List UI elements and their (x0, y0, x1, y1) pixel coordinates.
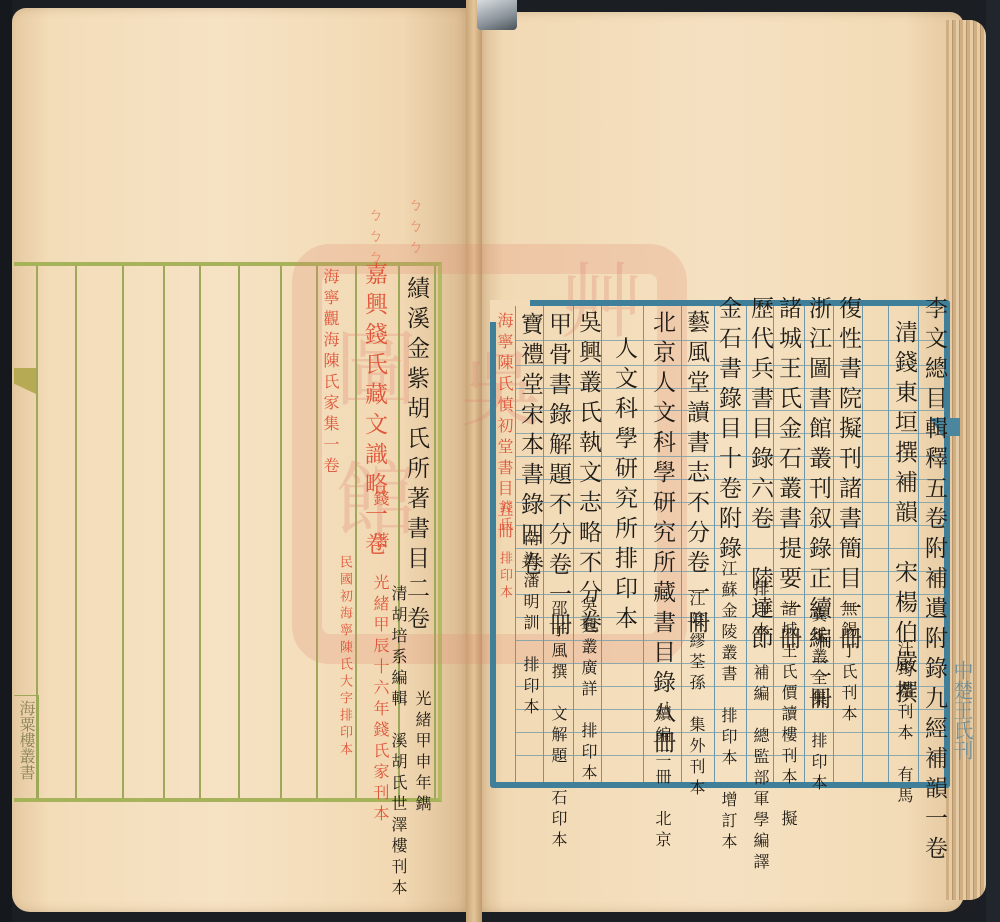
grid-rule (515, 306, 516, 782)
grid-rule (573, 306, 574, 782)
entry-note: 汗筠齋刊本 有馬 (896, 640, 912, 808)
entry-note: 清胡培系編輯 溪胡氏世澤樓刊本 (390, 585, 406, 900)
background-left (0, 0, 12, 922)
entry-title: 人文科學研究所排印本 (612, 336, 635, 636)
entry-title: 甲骨書錄解題不分卷一冊 (546, 312, 569, 642)
entry-note: 無錫丁氏刊本 (840, 600, 856, 726)
entry-note-red: 錢 著 光緒甲辰十六年錢氏家刊本 (372, 490, 388, 826)
entry-title: 金石書錄目十卷附錄 (716, 296, 739, 566)
binder-clip (477, 0, 517, 30)
grid-rule (601, 306, 602, 782)
entry-note: 續編二冊 北京 (654, 705, 670, 852)
entry-note: 邵子風撰 文解題 石印本 (550, 600, 566, 852)
entry-note: 南海潘明訓 排印本 (522, 530, 538, 719)
entry-note: 排印本 補編 總監部軍學編譯 (752, 580, 768, 874)
grid-rule (543, 306, 544, 782)
spine-label-text: 海粟樓叢書 (16, 700, 36, 780)
grid-rule (643, 306, 644, 782)
entry-title: 吳興叢氏執文志略不分卷 (576, 310, 599, 640)
grid-rule (773, 306, 774, 782)
book-scan: 海粟樓叢書 艸 吳 圖 館 ㄅㄅㄅ ㄅㄅㄅ 績溪金紫胡氏所著書目二卷 清胡培系編… (0, 0, 1000, 922)
entry-note: 江陰繆荃孫 集外刊本 (688, 590, 704, 800)
ear-label: 中楚王氏刊 (950, 660, 974, 760)
page-stack-edge (946, 20, 986, 900)
entry-note-red: 錢氏 排印本 (498, 500, 511, 602)
entry-title-red: 海寧觀海陳氏家集一卷 (322, 268, 338, 478)
grid-rule (122, 266, 124, 798)
grid-rule (862, 306, 863, 782)
grid-rule (833, 306, 834, 782)
entry-note: 冀珠叢全集 排印本 (810, 606, 826, 795)
entry-title: 北京人文科學研究所藏書目錄八冊 (650, 310, 673, 760)
background-right (986, 0, 1000, 922)
grid-rule (280, 266, 282, 798)
grid-rule (888, 306, 889, 782)
entry-note: 江蘇金陵叢書 排印本 增訂本 (720, 560, 736, 854)
grid-rule (918, 306, 919, 782)
red-tick-marks: ㄅㄅㄅ (366, 206, 382, 269)
grid-rule (75, 266, 77, 798)
entry-note: 吳興叢廣詳 排印本 (580, 596, 596, 785)
grid-rule (238, 266, 240, 798)
red-tick-marks: ㄅㄅㄅ (406, 196, 422, 259)
grid-rule (163, 266, 165, 798)
grid-rule (681, 306, 682, 782)
entry-title: 績溪金紫胡氏所著書目二卷 (404, 276, 427, 636)
entry-note-red: 民國初海寧陳氏大字排印本 (338, 555, 351, 759)
entry-note: 諸城王氏價讀樓刊本 擬 (780, 600, 796, 831)
entry-tail: 光緒甲申年鐫 (414, 690, 430, 816)
grid-rule (199, 266, 201, 798)
entry-title: 李文總目輯釋五卷附補遺附錄九經補韻一卷 (922, 296, 945, 866)
